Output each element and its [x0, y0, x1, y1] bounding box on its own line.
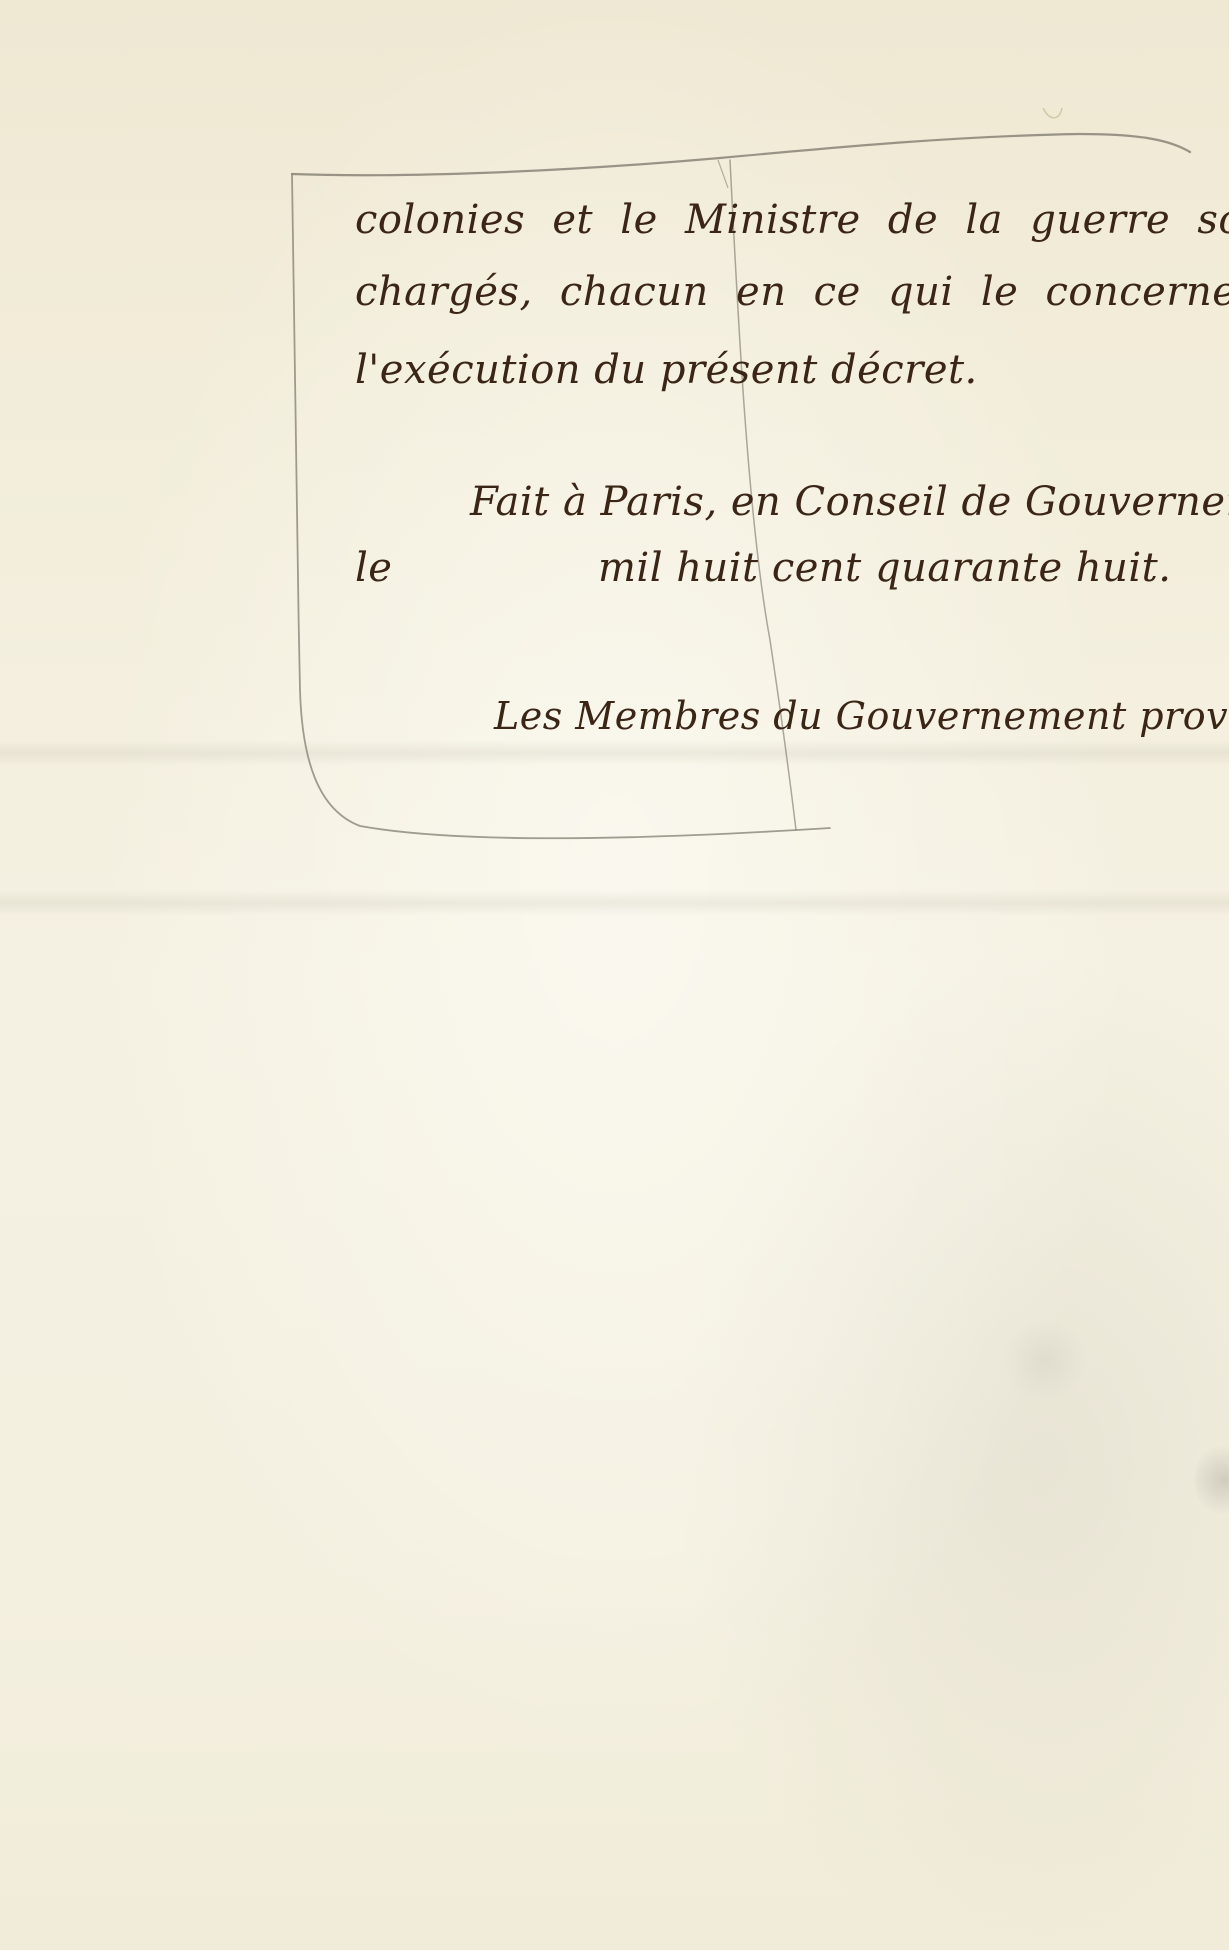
closing-place-line: Fait à Paris, en Conseil de Gouvernement… — [470, 482, 1229, 522]
body-line-3: l'exécution du présent décret. — [355, 350, 978, 390]
signature-heading: Les Membres du Gouvernement provisoire: — [494, 697, 1229, 735]
closing-date-year: mil huit cent quarante huit. — [598, 548, 1171, 588]
paper-stain — [1195, 1440, 1229, 1520]
manuscript-page: colonies et le Ministre de la guerre son… — [0, 0, 1229, 1950]
paper-stain — [1000, 1320, 1090, 1400]
closing-date-prefix: le — [355, 548, 392, 588]
body-line-1: colonies et le Ministre de la guerre son… — [355, 200, 1229, 240]
paper-fold-crease — [0, 890, 1229, 916]
body-line-2: chargés, chacun en ce qui le concerne, d… — [355, 272, 1229, 312]
paper-fold-crease — [0, 740, 1229, 766]
